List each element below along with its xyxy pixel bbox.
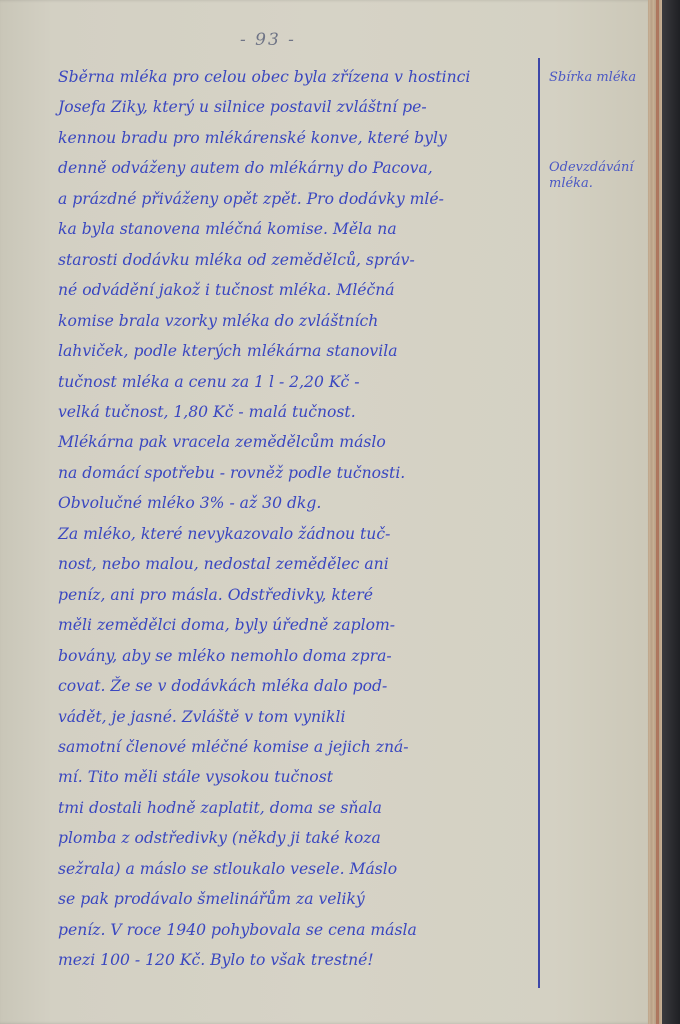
text-line: tučnost mléka a cenu za 1 l - 2,20 Kč - [58,367,536,397]
paper-page: - 93 - Sběrna mléka pro celou obec byla … [0,0,652,1024]
margin-note-milk-delivery: Odevzdávání mléka. [549,160,634,192]
text-line: Josefa Ziky, který u silnice postavil zv… [58,92,536,122]
scanned-ledger-page: - 93 - Sběrna mléka pro celou obec byla … [0,0,680,1024]
margin-note-text: Sbírka mléka [549,70,636,85]
text-line: Za mléko, které nevykazovalo žádnou tuč- [58,519,536,549]
text-line: né odvádění jakož i tučnost mléka. Mléčn… [58,275,536,305]
text-line: Obvolučné mléko 3% - až 30 dkg. [58,488,536,518]
margin-note-line1: Odevzdávání [549,160,634,176]
text-line: peníz, ani pro másla. Odstředivky, které [58,580,536,610]
text-line: tmi dostali hodně zaplatit, doma se sňal… [58,793,536,823]
text-line: peníz. V roce 1940 pohybovala se cena má… [58,915,536,945]
text-line: sežrala) a máslo se stloukalo vesele. Má… [58,854,536,884]
handwritten-body: Sběrna mléka pro celou obec byla zřízena… [58,62,536,976]
margin-note-milk-collection: Sbírka mléka [549,70,636,86]
text-line: mezi 100 - 120 Kč. Bylo to však trestné! [58,945,536,975]
text-line: a prázdné přiváženy opět zpět. Pro dodáv… [58,184,536,214]
text-line: vádět, je jasné. Zvláště v tom vynikli [58,702,536,732]
text-line: komise brala vzorky mléka do zvláštních [58,306,536,336]
text-line: se pak prodávalo šmelinářům za veliký [58,884,536,914]
stacked-page-edges [648,0,662,1024]
text-line: kennou bradu pro mlékárenské konve, kter… [58,123,536,153]
text-line: starosti dodávku mléka od zemědělců, spr… [58,245,536,275]
text-line: covat. Že se v dodávkách mléka dalo pod- [58,671,536,701]
page-number: - 93 - [240,30,296,50]
red-page-edge-stripe [656,0,659,1024]
text-line: měli zemědělci doma, byly úředně zaplom- [58,610,536,640]
text-line: bovány, aby se mléko nemohlo doma zpra- [58,641,536,671]
book-cover-edge [662,0,680,1024]
text-line: ka byla stanovena mléčná komise. Měla na [58,214,536,244]
margin-rule-line [538,58,540,988]
text-line: mí. Tito měli stále vysokou tučnost [58,762,536,792]
text-line: samotní členové mléčné komise a jejich z… [58,732,536,762]
text-line: Sběrna mléka pro celou obec byla zřízena… [58,62,536,92]
text-line: velká tučnost, 1,80 Kč - malá tučnost. [58,397,536,427]
text-line: nost, nebo malou, nedostal zemědělec ani [58,549,536,579]
text-line: denně odváženy autem do mlékárny do Paco… [58,153,536,183]
margin-note-line2: mléka. [549,176,634,192]
text-line: na domácí spotřebu - rovněž podle tučnos… [58,458,536,488]
text-line: lahviček, podle kterých mlékárna stanovi… [58,336,536,366]
text-line: plomba z odstředivky (někdy ji také koza [58,823,536,853]
text-line: Mlékárna pak vracela zemědělcům máslo [58,427,536,457]
